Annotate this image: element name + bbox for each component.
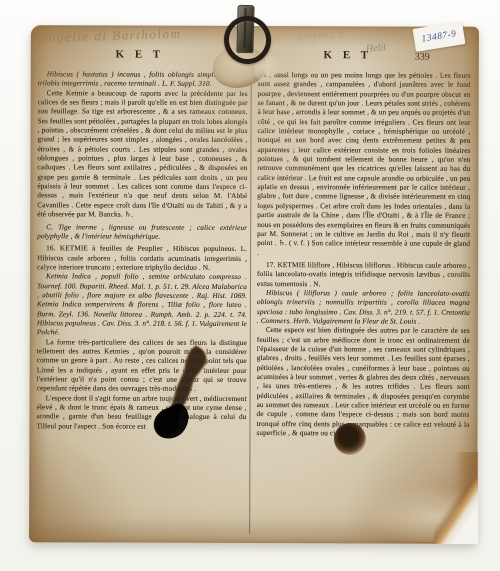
text-column-right: res , aussi longs ou un peu moins longs …	[256, 70, 471, 533]
photographed-book-page: K E T K E T 339 Hibiscus ( hastatus ) in…	[0, 0, 500, 571]
paragraph: C. Tige inerme , ligneuse ou frutescente…	[37, 222, 247, 241]
paragraph: 17. KETMIE liliflore , Hibiscus liliflor…	[257, 260, 470, 289]
torn-corner-damage	[434, 478, 478, 544]
ink-blot-damage	[150, 340, 220, 455]
handwritten-annotation-right-faint: angees d	[298, 28, 345, 42]
inventory-label-text: 13487-9	[421, 29, 457, 44]
paragraph: Cette espece est bien distinguée des aut…	[256, 325, 469, 438]
paragraph: Cette Ketmie a beaucoup de raports avec …	[37, 88, 247, 220]
text-column-left: Hibiscus ( hastatus ) incanus , foliis o…	[36, 69, 248, 532]
paragraph: Ketmia Indica , populi folio , semine or…	[37, 271, 247, 337]
page-number: 339	[415, 52, 430, 63]
paper-page: K E T K E T 339 Hibiscus ( hastatus ) in…	[29, 25, 479, 544]
paragraph: Hibiscus ( liliflorus ) caule arboreo ; …	[257, 288, 470, 326]
handwritten-annotation-pencil: Helit	[366, 42, 387, 55]
column-divider	[249, 66, 252, 534]
paragraph: res , aussi longs ou un peu moins longs …	[257, 70, 471, 258]
running-header-right: K E T	[259, 49, 437, 62]
paragraph: 16. KETMIE à feuilles de Peuplier , Hibi…	[37, 243, 247, 272]
burn-hole-damage	[334, 423, 366, 455]
